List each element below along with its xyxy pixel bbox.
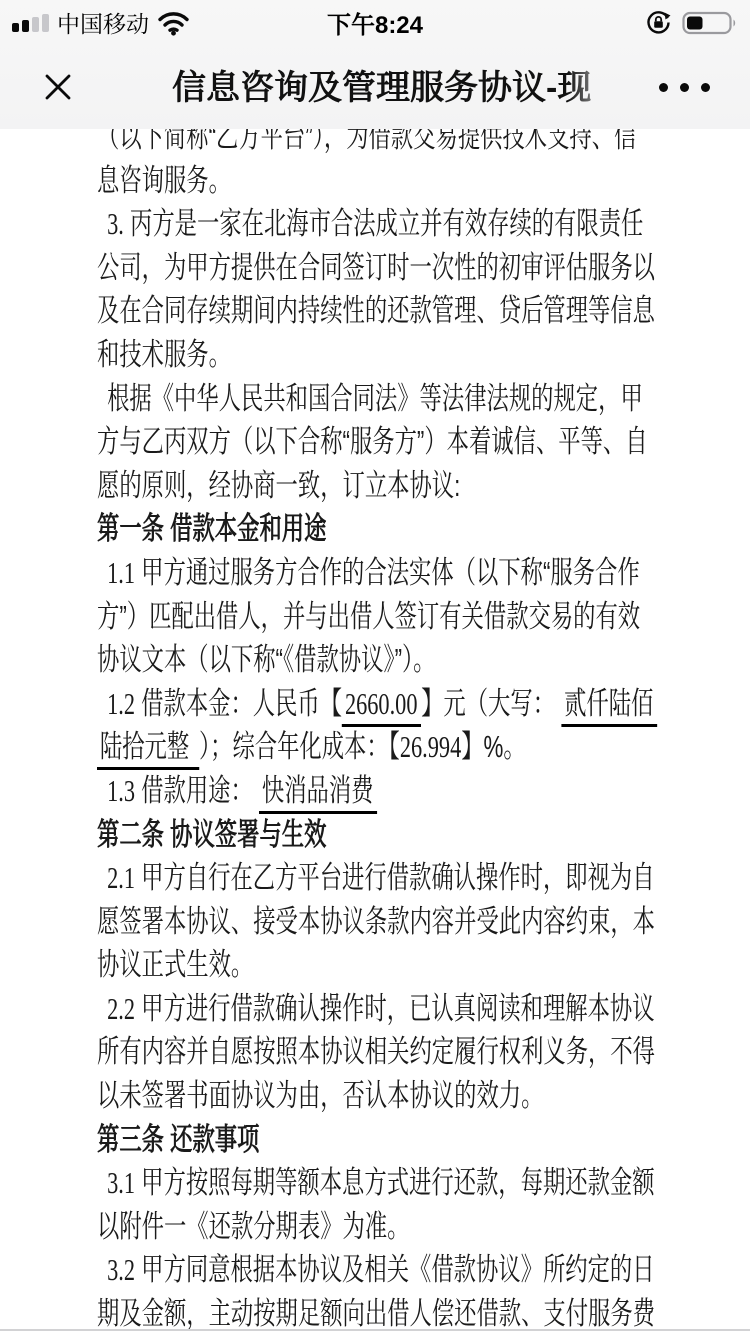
doc-line: 1.3 借款用途： 快消品消费 <box>0 769 750 813</box>
doc-text-segment: 甲方按照每期等额本息方式进行还款，每期还款金额 <box>135 1165 655 1200</box>
doc-line: 和技术服务。 <box>0 333 750 377</box>
doc-line-text: 以未签署书面协议为由，否认本协议的效力。 <box>97 1074 543 1118</box>
doc-line: 2.2 甲方进行借款确认操作时，已认真阅读和理解本协议 <box>0 987 750 1031</box>
doc-text-segment: 所有内容并自愿按照本协议相关约定履行权利义务，不得 <box>97 1034 655 1069</box>
loan-principal-capital-part1: 贰仟陆佰 <box>561 686 657 727</box>
doc-line-text: 2.1 甲方自行在乙方平台进行借款确认操作时，即视为自 <box>97 856 655 900</box>
doc-line-text: 和技术服务。 <box>97 333 231 377</box>
dot-icon <box>659 83 668 92</box>
doc-line-text: 第一条 借款本金和用途 <box>97 507 326 551</box>
doc-text-segment: 1.3 <box>107 773 135 808</box>
doc-text-segment: 第一条 借款本金和用途 <box>97 511 326 546</box>
doc-text-segment: 】%。 <box>461 729 525 764</box>
doc-line-text: 3. 丙方是一家在北海市合法成立并有效存续的有限责任 <box>97 202 643 246</box>
page-title: 信息咨询及管理服务协议-现 <box>172 65 632 111</box>
doc-line-text: 愿的原则，经协商一致，订立本协议: <box>97 464 460 508</box>
doc-text-segment: 甲方同意根据本协议及相关《借款协议》所约定的日 <box>135 1252 655 1287</box>
dot-icon <box>680 83 689 92</box>
doc-line: 愿的原则，经协商一致，订立本协议: <box>0 464 750 508</box>
doc-line: （以下简称“乙方平台”），为借款交易提供技术支持、信 <box>0 129 750 159</box>
doc-line-text: 协议正式生效。 <box>97 943 253 987</box>
doc-line: 3.2 甲方同意根据本协议及相关《借款协议》所约定的日 <box>0 1248 750 1292</box>
phone-screen: 中国移动 下午8:24 <box>0 0 750 1334</box>
doc-line: 协议正式生效。 <box>0 943 750 987</box>
doc-text-segment: 丙方是一家在北海市合法成立并有效存续的有限责任 <box>124 206 644 241</box>
doc-text-segment: 愿签署本协议、接受本协议条款内容并受此内容约束，本 <box>97 904 655 939</box>
doc-heading-line: 第三条 还款事项 <box>0 1118 750 1162</box>
doc-text-segment: （以下简称“乙方平台”），为借款交易提供技术支持、信 <box>97 129 636 154</box>
doc-line-text: 3.2 甲方同意根据本协议及相关《借款协议》所约定的日 <box>97 1248 655 1292</box>
doc-line-text: 陆拾元整 ）；综合年化成本：【26.994】%。 <box>97 725 526 769</box>
doc-text-segment: 以附件一《还款分期表》为准。 <box>97 1209 409 1244</box>
doc-text-segment: 】元（大写： <box>421 686 561 721</box>
doc-line-text: 所有内容并自愿按照本协议相关约定履行权利义务，不得 <box>97 1030 655 1074</box>
doc-line: 根据《中华人民共和国合同法》等法律法规的规定，甲 <box>0 377 750 421</box>
doc-line-text: 公司，为甲方提供在合同签订时一次性的初审评估服务以 <box>97 246 655 290</box>
status-bar: 中国移动 下午8:24 <box>0 0 750 45</box>
doc-text-segment: ）；综合年化成本：【 <box>199 729 400 764</box>
doc-text-segment: 和技术服务。 <box>97 337 231 372</box>
doc-text-segment: 2.2 <box>107 991 135 1026</box>
doc-heading-line: 第一条 借款本金和用途 <box>0 507 750 551</box>
doc-line-text: 及在合同存续期间内持续性的还款管理、贷后管理等信息 <box>97 289 655 333</box>
close-button[interactable] <box>38 67 78 107</box>
doc-text-segment: 甲方自行在乙方平台进行借款确认操作时，即视为自 <box>135 860 655 895</box>
loan-principal-value: 2660.00 <box>342 686 421 727</box>
doc-line: 2.1 甲方自行在乙方平台进行借款确认操作时，即视为自 <box>0 856 750 900</box>
orientation-lock-icon <box>645 9 672 36</box>
doc-text-segment: 愿的原则，经协商一致，订立本协议: <box>97 468 460 503</box>
doc-line-text: 方与乙丙双方（以下合称“服务方”）本着诚信、平等、自 <box>97 420 648 464</box>
doc-line: 陆拾元整 ）；综合年化成本：【26.994】%。 <box>0 725 750 769</box>
more-menu-button[interactable] <box>648 69 720 105</box>
doc-line: 方”）匹配出借人，并与出借人签订有关借款交易的有效 <box>0 595 750 639</box>
doc-line: 息咨询服务。 <box>0 159 750 203</box>
doc-line-text: 愿签署本协议、接受本协议条款内容并受此内容约束，本 <box>97 900 655 944</box>
doc-line-text: 根据《中华人民共和国合同法》等法律法规的规定，甲 <box>97 377 643 421</box>
doc-line-text: 1.1 甲方通过服务方合作的合法实体（以下称“服务合作 <box>97 551 640 595</box>
status-bar-right <box>645 0 738 45</box>
doc-text-segment: 以未签署书面协议为由，否认本协议的效力。 <box>97 1078 543 1113</box>
doc-text-segment: 公司，为甲方提供在合同签订时一次性的初审评估服务以 <box>97 250 655 285</box>
dot-icon <box>701 83 710 92</box>
doc-line: 1.2 借款本金：人民币【2660.00】元（大写： 贰仟陆佰 <box>0 682 750 726</box>
doc-text-segment: 息咨询服务。 <box>97 163 231 198</box>
doc-line-text: 第二条 协议签署与生效 <box>97 813 326 857</box>
doc-line-text: 息咨询服务。 <box>97 159 231 203</box>
doc-text-segment: 根据《中华人民共和国合同法》等法律法规的规定，甲 <box>107 381 643 416</box>
doc-line-text: 协议文本（以下称“《借款协议》”）。 <box>97 638 436 682</box>
doc-line-text: 1.2 借款本金：人民币【2660.00】元（大写： 贰仟陆佰 <box>97 682 657 726</box>
annualized-cost-value: 26.994 <box>400 729 461 764</box>
doc-line: 愿签署本协议、接受本协议条款内容并受此内容约束，本 <box>0 900 750 944</box>
document-body: （以下简称“乙方平台”），为借款交易提供技术支持、信息咨询服务。3. 丙方是一家… <box>0 129 750 1334</box>
doc-text-segment: 协议正式生效。 <box>97 947 253 982</box>
status-bar-time: 下午8:24 <box>0 0 750 45</box>
doc-heading-line: 第二条 协议签署与生效 <box>0 813 750 857</box>
doc-line-text: 3.1 甲方按照每期等额本息方式进行还款，每期还款金额 <box>97 1161 655 1205</box>
doc-text-segment: 协议文本（以下称“《借款协议》”）。 <box>97 642 436 677</box>
loan-purpose-value: 快消品消费 <box>259 773 377 814</box>
doc-line: 期及金额，主动按期足额向出借人偿还借款、支付服务费 <box>0 1292 750 1334</box>
doc-line: 1.1 甲方通过服务方合作的合法实体（以下称“服务合作 <box>0 551 750 595</box>
doc-line: 3. 丙方是一家在北海市合法成立并有效存续的有限责任 <box>0 202 750 246</box>
top-chrome: 中国移动 下午8:24 <box>0 0 750 129</box>
doc-line: 以附件一《还款分期表》为准。 <box>0 1205 750 1249</box>
doc-line: 所有内容并自愿按照本协议相关约定履行权利义务，不得 <box>0 1030 750 1074</box>
doc-line-text: 以附件一《还款分期表》为准。 <box>97 1205 409 1249</box>
doc-line: 公司，为甲方提供在合同签订时一次性的初审评估服务以 <box>0 246 750 290</box>
doc-line-text: （以下简称“乙方平台”），为借款交易提供技术支持、信 <box>97 129 636 159</box>
doc-text-segment: 借款用途： <box>135 773 259 808</box>
doc-text-segment: 第三条 还款事项 <box>97 1122 259 1157</box>
doc-text-segment: 甲方通过服务方合作的合法实体（以下称“服务合作 <box>135 555 640 590</box>
bottom-hairline <box>0 1329 750 1334</box>
doc-text-segment: 3.2 <box>107 1252 135 1287</box>
doc-line-text: 第三条 还款事项 <box>97 1118 259 1162</box>
battery-icon <box>682 10 738 36</box>
doc-text-segment: 3.1 <box>107 1165 135 1200</box>
doc-line: 以未签署书面协议为由，否认本协议的效力。 <box>0 1074 750 1118</box>
doc-text-segment: 2.1 <box>107 860 135 895</box>
doc-text-segment: 甲方进行借款确认操作时，已认真阅读和理解本协议 <box>135 991 655 1026</box>
nav-bar: 信息咨询及管理服务协议-现 <box>0 45 750 129</box>
doc-text-segment: 期及金额，主动按期足额向出借人偿还借款、支付服务费 <box>97 1296 655 1331</box>
doc-text-segment: 方与乙丙双方（以下合称“服务方”）本着诚信、平等、自 <box>97 424 648 459</box>
doc-line: 3.1 甲方按照每期等额本息方式进行还款，每期还款金额 <box>0 1161 750 1205</box>
doc-text-segment: 及在合同存续期间内持续性的还款管理、贷后管理等信息 <box>97 293 655 328</box>
doc-text-segment: 1.2 <box>107 686 135 721</box>
doc-line-text: 方”）匹配出借人，并与出借人签订有关借款交易的有效 <box>97 595 640 639</box>
doc-text-segment: 方”）匹配出借人，并与出借人签订有关借款交易的有效 <box>97 599 640 634</box>
doc-line-text: 2.2 甲方进行借款确认操作时，已认真阅读和理解本协议 <box>97 987 655 1031</box>
doc-text-segment: 1.1 <box>107 555 135 590</box>
close-x-icon <box>41 70 75 104</box>
doc-line: 协议文本（以下称“《借款协议》”）。 <box>0 638 750 682</box>
doc-line: 方与乙丙双方（以下合称“服务方”）本着诚信、平等、自 <box>0 420 750 464</box>
loan-principal-capital-part2: 陆拾元整 <box>97 729 199 770</box>
doc-line: 及在合同存续期间内持续性的还款管理、贷后管理等信息 <box>0 289 750 333</box>
doc-line-text: 1.3 借款用途： 快消品消费 <box>97 769 377 813</box>
doc-text-segment: 第二条 协议签署与生效 <box>97 817 326 852</box>
doc-text-segment: 借款本金：人民币【 <box>135 686 342 721</box>
doc-line-text: 期及金额，主动按期足额向出借人偿还借款、支付服务费 <box>97 1292 655 1334</box>
doc-text-segment: 3. <box>107 206 124 241</box>
document-scroll-area[interactable]: （以下简称“乙方平台”），为借款交易提供技术支持、信息咨询服务。3. 丙方是一家… <box>0 129 750 1334</box>
